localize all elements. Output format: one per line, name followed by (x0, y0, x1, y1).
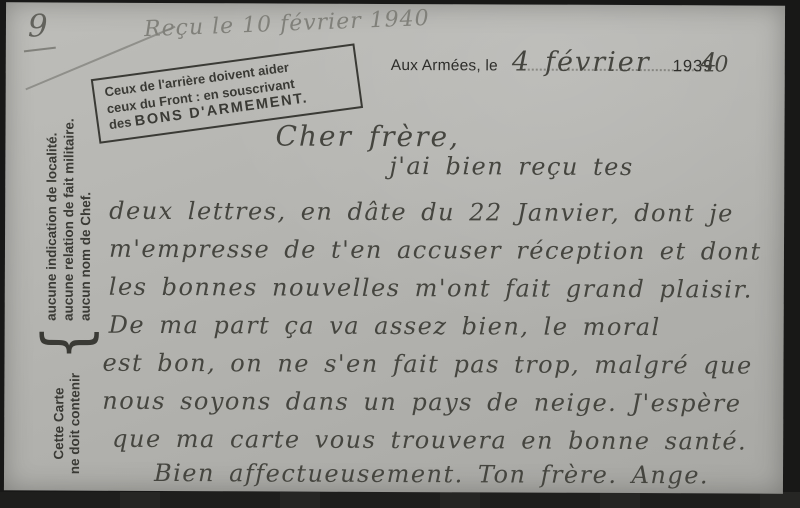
printed-year: 19394 (673, 57, 714, 76)
pencil-underline (24, 47, 56, 53)
overwritten-digit: 94 (703, 57, 713, 76)
scanner-edge-artifact (0, 492, 800, 508)
scan-background: 9 Reçu le 10 février 1940 Aux Armées, le… (0, 0, 800, 508)
archive-page-number: 9 (28, 8, 48, 44)
letter-line: est bon, on ne s'en fait pas trop, malgr… (102, 349, 752, 380)
card-rules-intro: Cette Carte ne doit contenir (51, 365, 84, 483)
received-date-note: Reçu le 10 février 1940 (144, 6, 431, 42)
handwritten-year-correction: 4 (700, 48, 718, 78)
card-rules-list: aucune indication de localité. aucune re… (42, 118, 94, 321)
letter-salutation: Cher frère, (275, 119, 460, 153)
dateline: Aux Armées, le 4 février 19394 0 (391, 46, 729, 73)
rule-no-chief-name: aucun nom de Chef. (76, 118, 94, 321)
letter-line: les bonnes nouvelles m'ont fait grand pl… (109, 273, 753, 304)
postcard: 9 Reçu le 10 février 1940 Aux Armées, le… (4, 2, 785, 493)
letter-signature: Bien affectueusement. Ton frère. Ange. (154, 459, 709, 489)
place-label: Aux Armées, le (391, 57, 498, 75)
brace-glyph: { (35, 325, 100, 361)
card-rules-imprint: Cette Carte ne doit contenir { aucune in… (30, 90, 106, 482)
letter-line: que ma carte vous trouvera en bonne sant… (112, 425, 747, 456)
handwritten-month: février (545, 47, 651, 78)
rule-no-military-facts: aucune relation de fait militaire. (59, 118, 77, 321)
letter-line: nous soyons dans un pays de neige. J'esp… (102, 387, 741, 418)
letter-line: m'empresse de t'en accuser réception et … (109, 235, 762, 266)
letter-line: deux lettres, en dâte du 22 Janvier, don… (109, 197, 734, 228)
letter-line: j'ai bien reçu tes (389, 152, 633, 181)
rule-no-locality: aucune indication de localité. (42, 118, 60, 321)
handwritten-day: 4 (512, 47, 529, 78)
letter-line: De ma part ça va assez bien, le moral (109, 311, 661, 341)
